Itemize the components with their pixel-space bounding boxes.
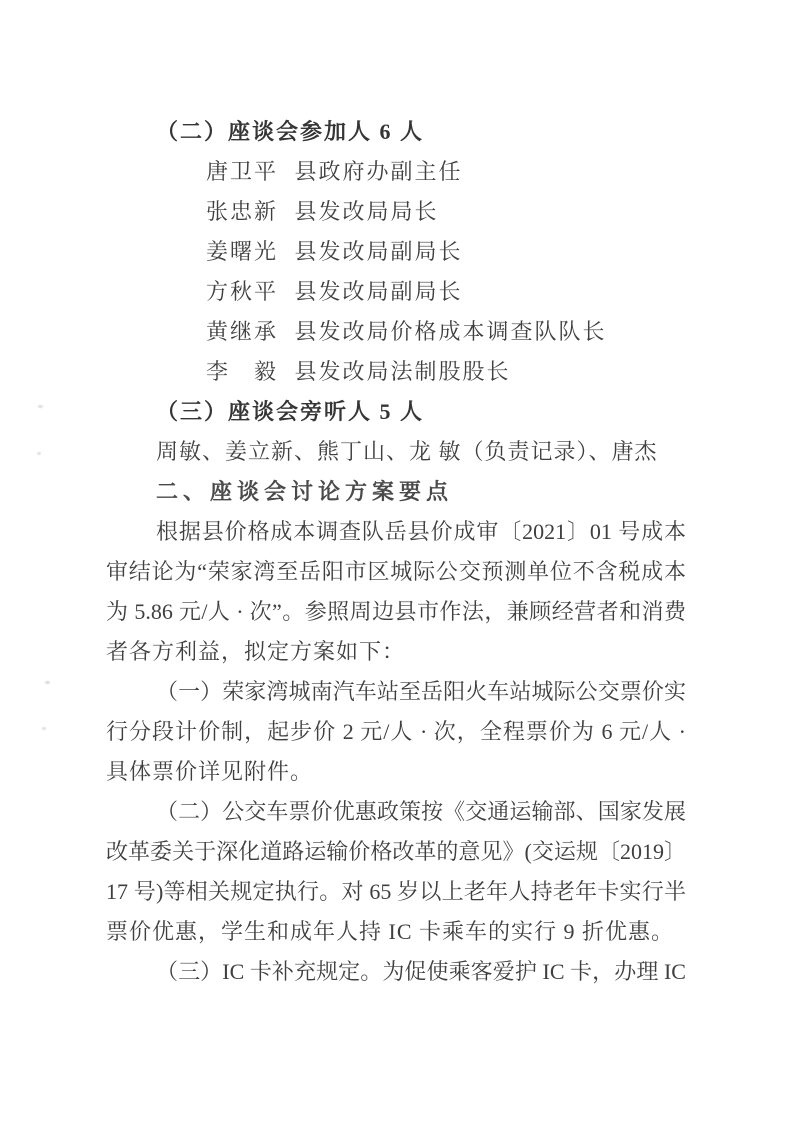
attendee-row: 李 毅 县发改局法制股股长: [106, 352, 686, 392]
scan-speck: [45, 681, 50, 684]
document-page: （二）座谈会参加人 6 人 唐卫平 县政府办副主任 张忠新 县发改局局长 姜曙光…: [0, 0, 793, 1121]
section-heading-participants: （二）座谈会参加人 6 人: [106, 112, 686, 152]
paragraph-1-line: 者各方利益，拟定方案如下：: [106, 632, 686, 672]
paragraph-3-line: 改革委关于深化道路运输价格改革的意见》(交运规〔2019〕: [106, 832, 686, 872]
paragraph-2-line: 行分段计价制，起步价 2 元/人 · 次，全程票价为 6 元/人 · 次，: [106, 712, 686, 752]
attendee-title: 县发改局副局长: [295, 279, 463, 304]
attendee-row: 姜曙光 县发改局副局长: [106, 232, 686, 272]
paragraph-3-line: （二）公交车票价优惠政策按《交通运输部、国家发展: [106, 792, 686, 832]
paragraph-1-line: 审结论为“荣家湾至岳阳市区城际公交预测单位不含税成本: [106, 552, 686, 592]
attendee-title: 县发改局法制股股长: [295, 359, 511, 384]
paragraph-4-line: （三）IC 卡补充规定。为促使乘客爱护 IC 卡，办理 IC: [106, 952, 686, 992]
paragraph-3-line: 票价优惠，学生和成年人持 IC 卡乘车的实行 9 折优惠。: [106, 912, 686, 952]
attendee-title: 县发改局价格成本调查队队长: [295, 319, 607, 344]
attendee-name: 唐卫平: [156, 152, 278, 192]
attendee-row: 张忠新 县发改局局长: [106, 192, 686, 232]
paragraph-2-line: （一）荣家湾城南汽车站至岳阳火车站城际公交票价实: [106, 672, 686, 712]
attendee-name: 姜曙光: [156, 232, 278, 272]
paragraph-3-line: 17 号)等相关规定执行。对 65 岁以上老年人持老年卡实行半: [106, 872, 686, 912]
attendee-row: 方秋平 县发改局副局长: [106, 272, 686, 312]
paragraph-1-line: 根据县价格成本调查队岳县价成审〔2021〕01 号成本监: [106, 512, 686, 552]
attendee-row: 唐卫平 县政府办副主任: [106, 152, 686, 192]
attendee-title: 县发改局局长: [295, 199, 439, 224]
section-heading-plan: 二、座谈会讨论方案要点: [106, 472, 686, 512]
attendee-name: 李 毅: [156, 352, 278, 392]
observers-names-line: 周敏、姜立新、熊丁山、龙 敏（负责记录）、唐杰: [106, 432, 686, 472]
scan-speck: [38, 405, 43, 408]
paragraph-2-line: 具体票价详见附件。: [106, 752, 686, 792]
attendee-name: 张忠新: [156, 192, 278, 232]
attendee-name: 方秋平: [156, 272, 278, 312]
scan-speck: [42, 727, 46, 730]
attendee-row: 黄继承 县发改局价格成本调查队队长: [106, 312, 686, 352]
attendee-title: 县发改局副局长: [295, 239, 463, 264]
section-heading-observers: （三）座谈会旁听人 5 人: [106, 392, 686, 432]
attendee-name: 黄继承: [156, 312, 278, 352]
scan-speck: [37, 452, 41, 455]
paragraph-1-line: 为 5.86 元/人 · 次”。参照周边县市作法，兼顾经营者和消费: [106, 592, 686, 632]
attendee-title: 县政府办副主任: [295, 159, 463, 184]
document-body: （二）座谈会参加人 6 人 唐卫平 县政府办副主任 张忠新 县发改局局长 姜曙光…: [106, 112, 686, 992]
